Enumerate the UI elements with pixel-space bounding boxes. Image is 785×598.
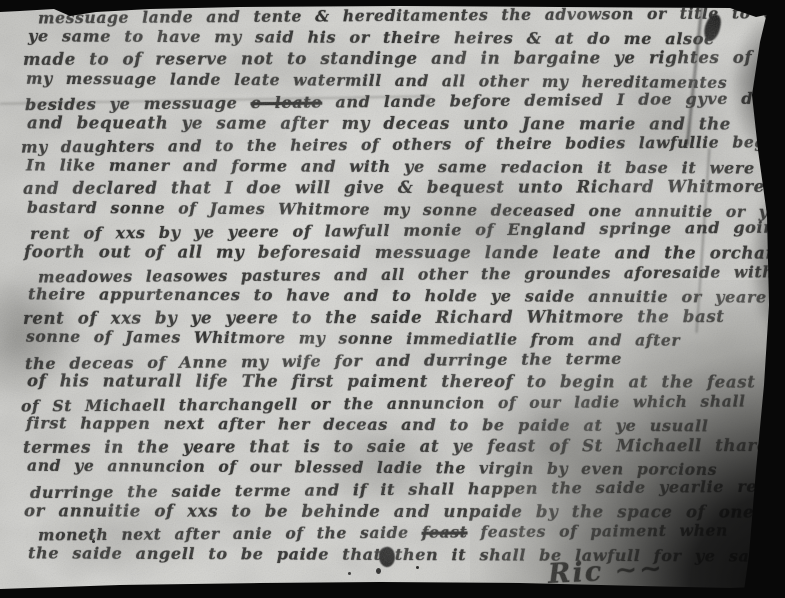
photo-edge-bottom: [0, 576, 785, 598]
ink-speck: [416, 566, 419, 569]
manuscript-line: theire appurtenances to have and to hold…: [12, 283, 771, 308]
manuscript-line: In like maner and forme and with ye same…: [12, 154, 771, 179]
ink-speck: [376, 568, 381, 574]
manuscript-photo: messuage lande and tente & hereditamente…: [0, 0, 785, 598]
signature: Ric ∼∼: [547, 553, 664, 590]
ink-speck: [92, 540, 95, 543]
manuscript-line: foorth out of all my beforesaid messuage…: [12, 241, 771, 264]
manuscript-line: of his naturall life The first paiment t…: [12, 371, 771, 394]
manuscript-text: messuage lande and tente & hereditamente…: [12, 5, 771, 565]
manuscript-line: ye same to have my said his or theire he…: [12, 25, 771, 50]
manuscript-line: made to of reserve not to standinge and …: [12, 47, 771, 71]
manuscript-line: and declared that I doe will give & bequ…: [12, 176, 771, 200]
ink-speck: [348, 572, 351, 575]
manuscript-line: first happen next after her deceas and t…: [12, 413, 771, 438]
